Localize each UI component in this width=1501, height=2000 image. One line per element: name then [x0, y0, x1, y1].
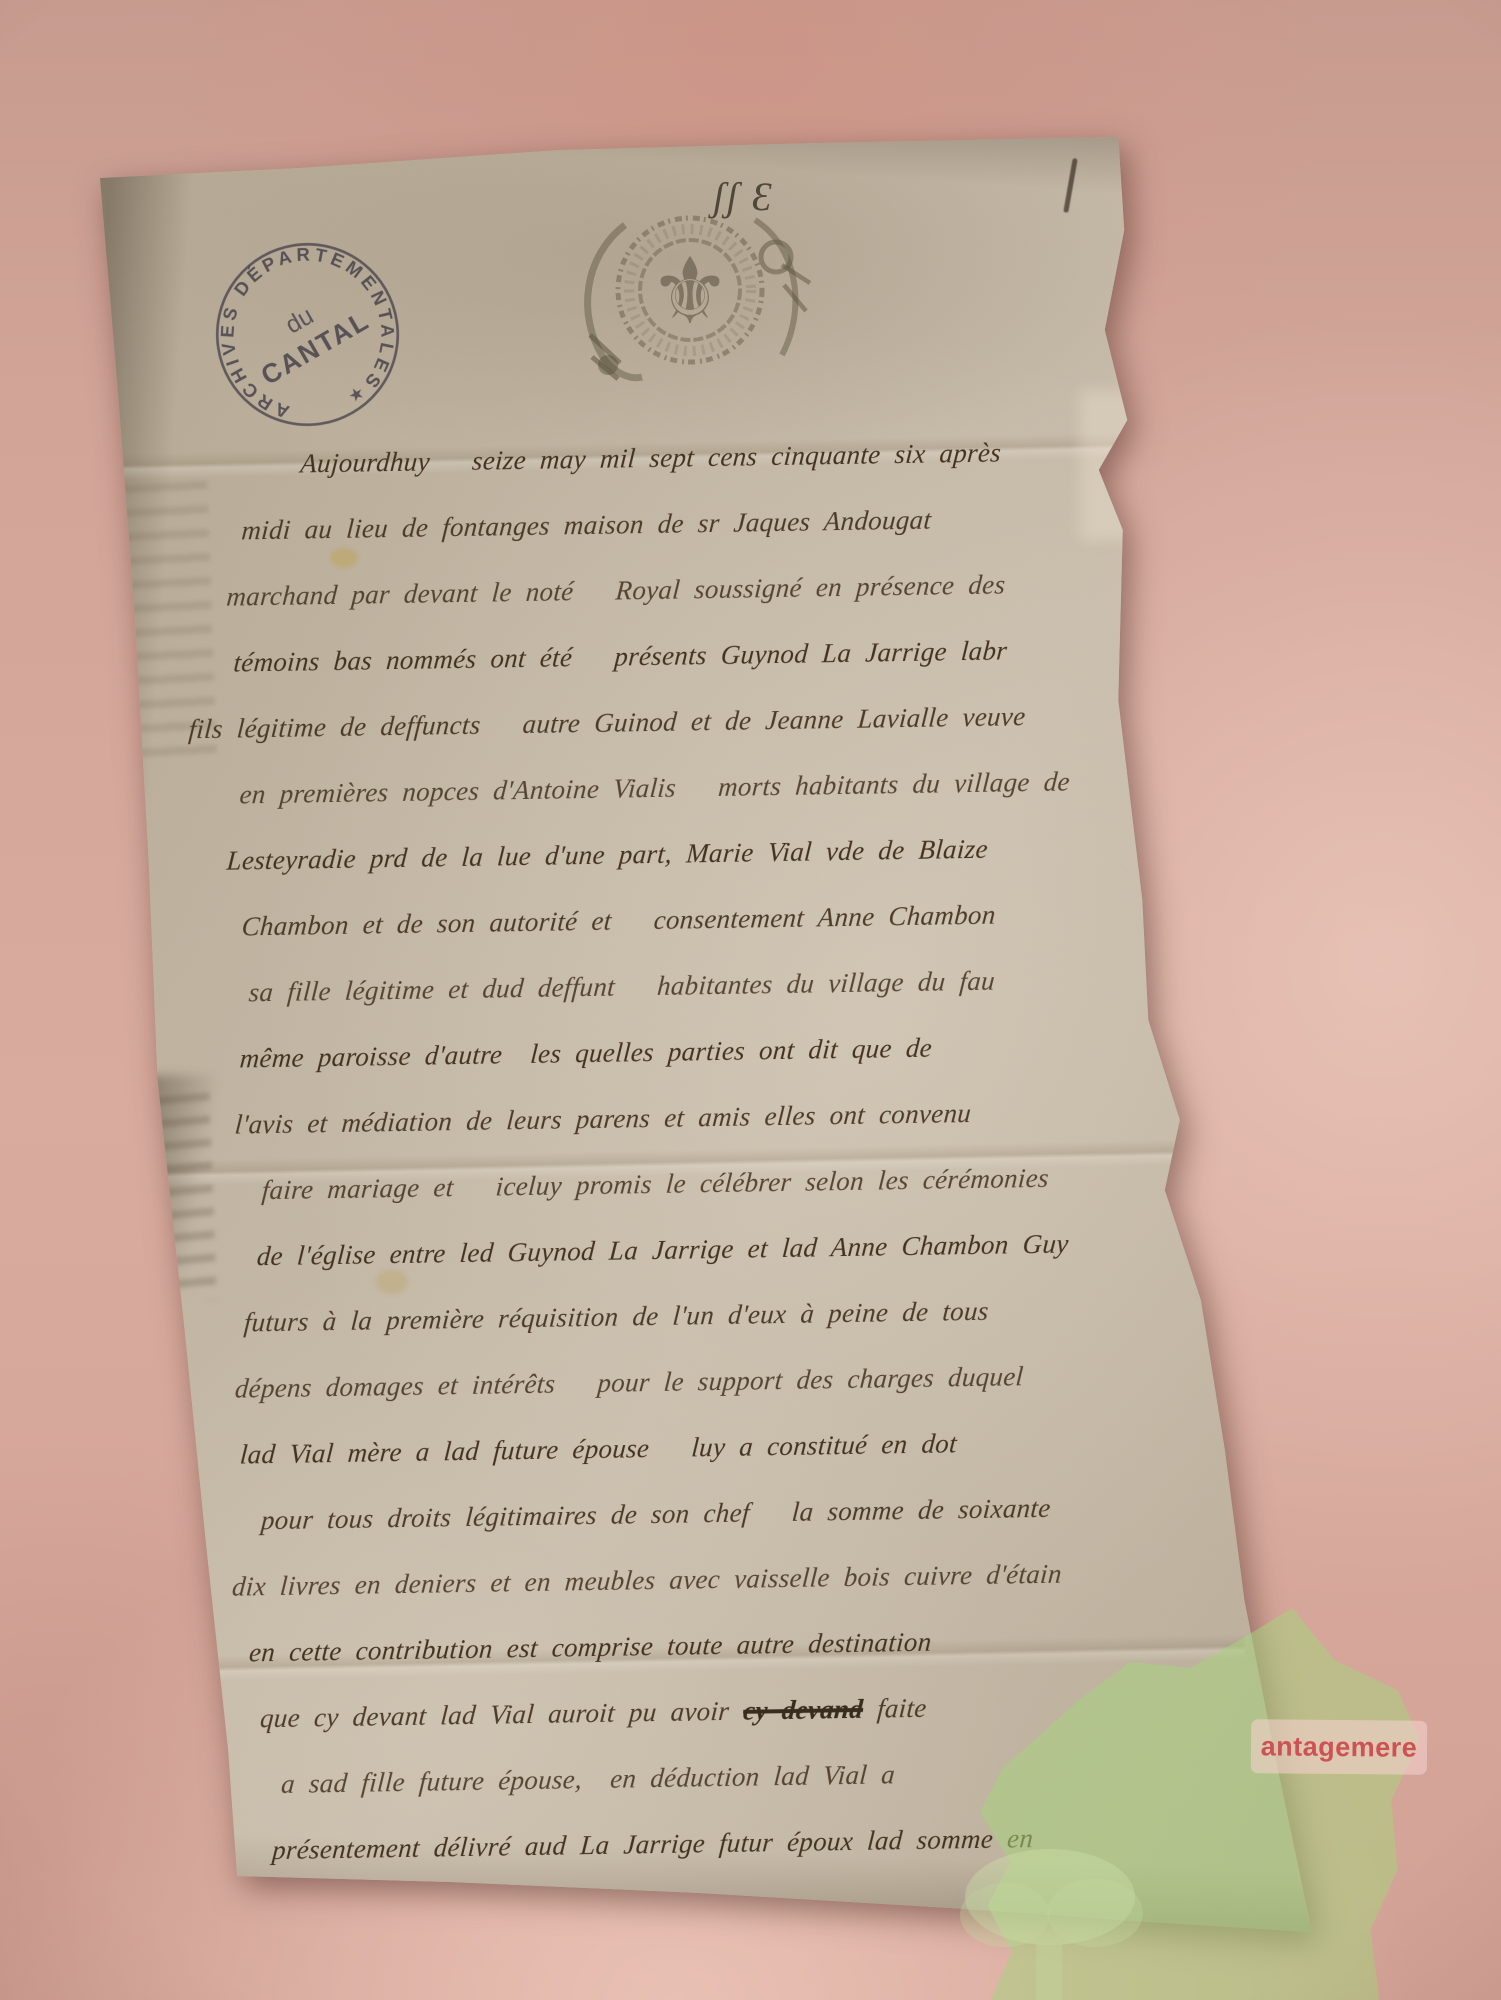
- manuscript-segment: que cy devant lad Vial auroit pu avoir: [259, 1696, 744, 1734]
- manuscript-segment: faite: [862, 1693, 928, 1724]
- ink-blot: [598, 355, 618, 375]
- photo: ARCHIVES DÉPARTEMENTALES ★ du CANTAL: [0, 0, 1501, 2000]
- archive-stamp-cantal: CANTAL: [256, 305, 375, 391]
- struck-word: cy devand: [742, 1694, 864, 1726]
- fiscal-stamp: ⚜ ʃʃ Ɛ: [530, 165, 860, 425]
- fleur-de-lis-icon: ⚜: [649, 241, 731, 343]
- watermark-label: antagemere: [1251, 1719, 1427, 1775]
- paraph-marks: ʃʃ Ɛ: [708, 174, 774, 219]
- tree-watermark-icon: [935, 1845, 1165, 2000]
- pen-stroke: [1063, 158, 1077, 213]
- ink-bleedthrough: [54, 1085, 216, 1305]
- manuscript-text: Aujourdhuy seize may mil sept cens cinqu…: [212, 416, 1245, 1884]
